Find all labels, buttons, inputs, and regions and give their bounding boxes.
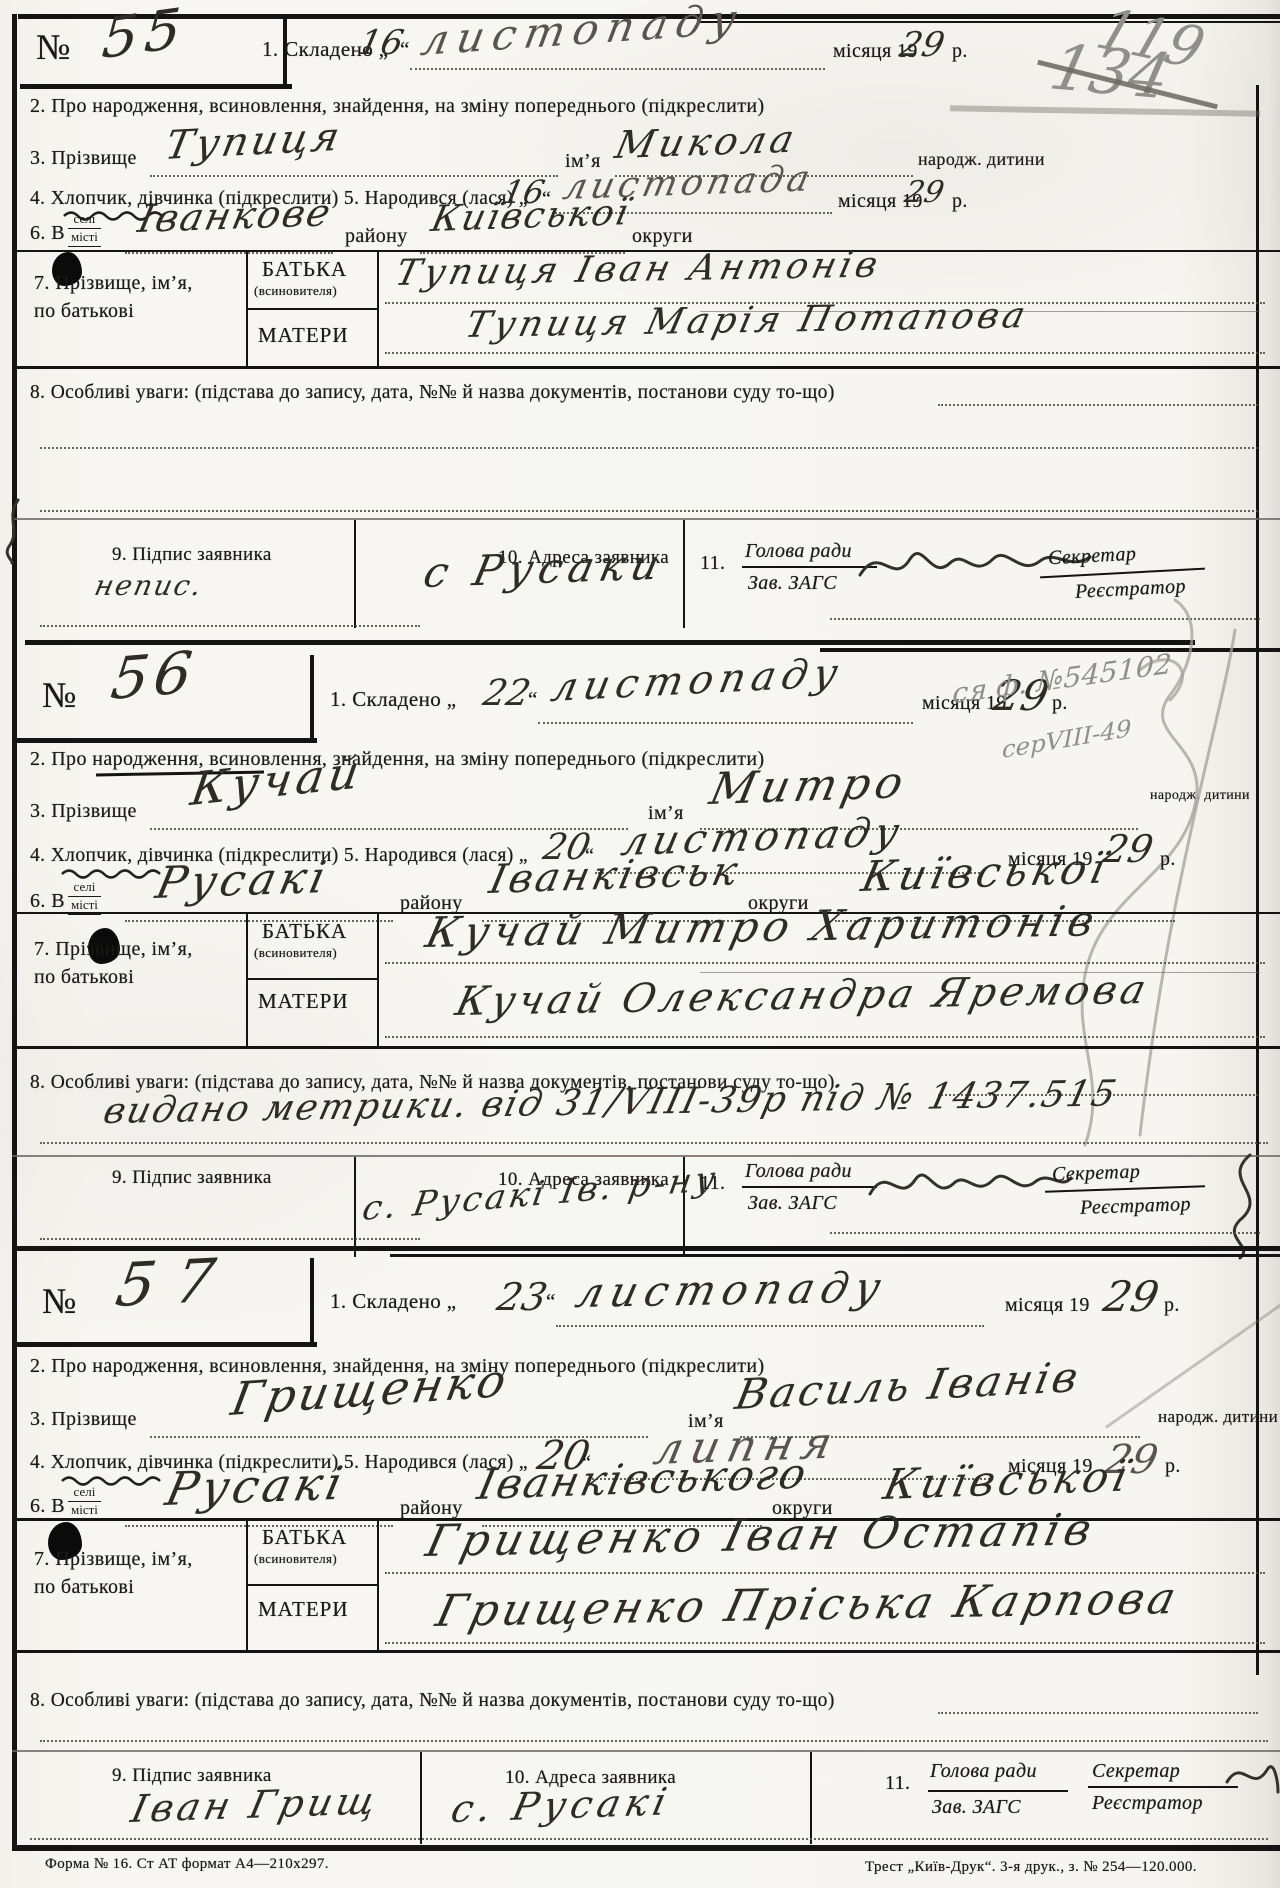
item3-surname-label: 3. Прізвище xyxy=(30,1408,137,1430)
record-block-57: № 57 1. Складено „ 23 “ листопаду місяця… xyxy=(0,0,1280,1888)
year-suffix: р. xyxy=(1164,1294,1180,1316)
village-value: Русакі xyxy=(162,1460,350,1512)
secretary-label: Секретар xyxy=(1092,1760,1180,1782)
applicant-signature-value: Іван Грищ xyxy=(128,1781,383,1828)
composed-label: 1. Складено „ xyxy=(330,1290,457,1313)
mother-cap-label: МАТЕРИ xyxy=(258,1598,349,1621)
child-name-value: Василь Іванів xyxy=(732,1356,1084,1416)
head-label: Голова ради xyxy=(930,1760,1037,1782)
dotted-line xyxy=(938,1712,1258,1714)
number-sign: № xyxy=(42,1282,77,1322)
fraction-bar xyxy=(1088,1786,1238,1788)
dotted-line xyxy=(30,1838,1268,1840)
registrar-label: Реєстратор xyxy=(1092,1792,1203,1814)
item7-label-2: по батькові xyxy=(34,1576,134,1598)
seli-misti-fraction: селі місті xyxy=(68,1484,101,1520)
thin-rule xyxy=(12,1750,1280,1752)
zags-label: Зав. ЗАГС xyxy=(932,1796,1021,1818)
father-name-value: Грищенко Іван Остапів xyxy=(422,1508,1100,1564)
mother-name-value: Грищенко Пріська Карпова xyxy=(432,1577,1184,1634)
year-suffix: р. xyxy=(1165,1455,1181,1477)
footer-form-imprint: Форма № 16. Ст АТ формат А4—210х297. xyxy=(45,1856,329,1873)
composed-year-value: 29 xyxy=(1100,1276,1162,1318)
okruga-value: Київської xyxy=(880,1456,1135,1506)
fraction-bar xyxy=(928,1790,1068,1792)
item7-mid-rule xyxy=(246,1584,377,1586)
scanned-registry-page: 119 134 № 55 1. Складено „ 16 “ листопад… xyxy=(0,0,1280,1888)
number-box-bottom xyxy=(15,1342,317,1347)
dotted-line xyxy=(385,1642,1265,1644)
item6-prefix: 6. В xyxy=(30,1495,65,1517)
dotted-line xyxy=(125,1525,393,1527)
number-box-right xyxy=(310,1258,314,1344)
item11-label: 11. xyxy=(885,1772,910,1794)
item7-bottom-rule xyxy=(12,1650,1280,1653)
rayon-value: Іванківського xyxy=(474,1453,812,1506)
secretary-signature-scribble xyxy=(1222,1752,1280,1814)
item3-child-label: народж. дитини xyxy=(1158,1408,1278,1427)
composed-month-value: листопаду xyxy=(572,1267,892,1314)
col-vline-10-11 xyxy=(810,1752,812,1844)
col-vline-9-10 xyxy=(420,1752,422,1844)
dotted-line xyxy=(40,1740,1268,1742)
footer-printer-imprint: Трест „Київ-Друк“. 3-я друк., з. № 254—1… xyxy=(865,1859,1197,1876)
seli-label: селі xyxy=(68,1484,101,1502)
dotted-line xyxy=(556,1325,984,1327)
item7-vline-2 xyxy=(377,1518,379,1650)
month-19-label: місяця 19 xyxy=(1005,1294,1090,1316)
father-cap-label: БАТЬКА xyxy=(262,1526,347,1549)
record-number-value: 57 xyxy=(112,1250,239,1316)
item7-label-1: 7. Прізвище, ім’я, xyxy=(34,1548,193,1570)
father-sub-label: (всиновителя) xyxy=(254,1552,337,1566)
applicant-address-value: с. Русакі xyxy=(448,1782,675,1828)
item8-label: 8. Особливі уваги: (підстава до запису, … xyxy=(30,1690,835,1711)
composed-day-value: 23 xyxy=(494,1278,550,1316)
quote-close: “ xyxy=(546,1290,556,1313)
